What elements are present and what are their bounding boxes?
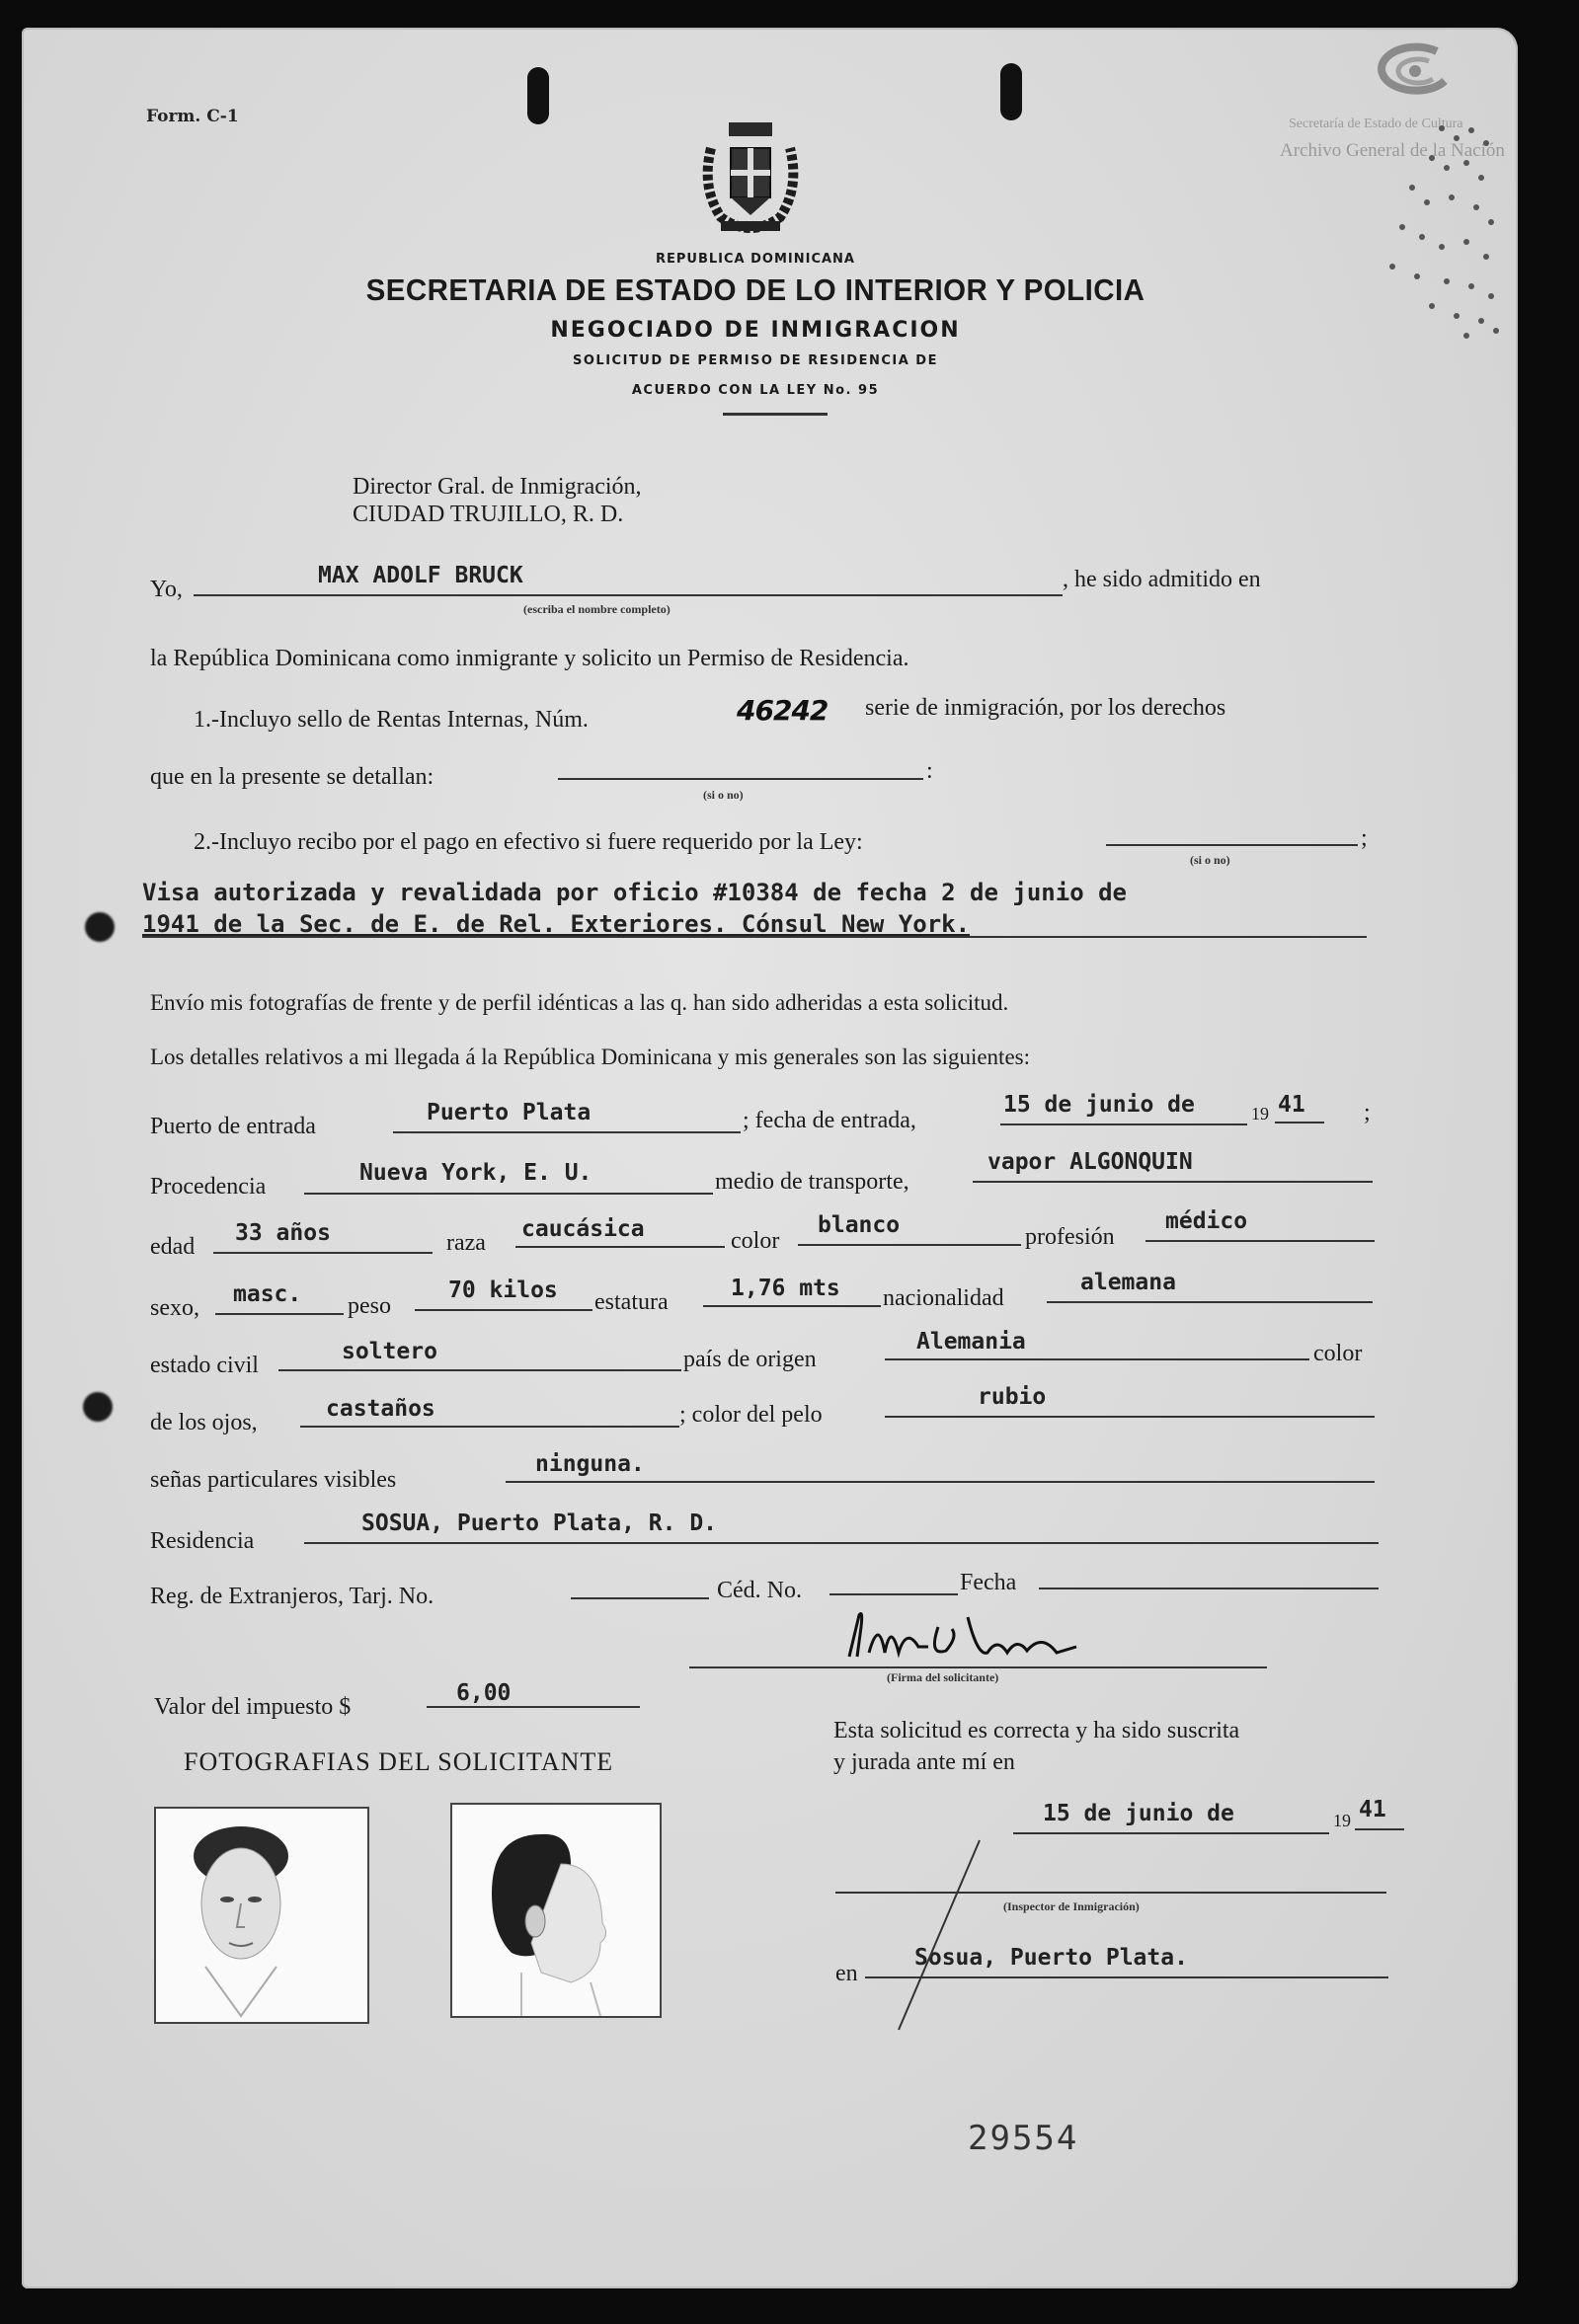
visa-note-line1: Visa autorizada y revalidada por oficio … xyxy=(142,879,1127,906)
color-pelo-field[interactable]: rubio xyxy=(978,1384,1046,1410)
header-bureau: NEGOCIADO DE INMIGRACION xyxy=(0,318,1511,343)
color-label: color xyxy=(731,1228,779,1255)
item2-blank-field[interactable] xyxy=(1106,844,1358,846)
header-country: REPUBLICA DOMINICANA xyxy=(0,252,1511,267)
fecha-entrada-year-field[interactable]: 41 xyxy=(1278,1092,1305,1118)
item1-blank-field[interactable] xyxy=(558,778,923,780)
item1-colon: : xyxy=(926,758,933,785)
oath-date-century: 19 xyxy=(1333,1811,1351,1831)
puerto-entrada-field[interactable]: Puerto Plata xyxy=(427,1100,591,1125)
color-ojos-field[interactable]: castaños xyxy=(326,1396,435,1422)
estado-civil-field[interactable]: soltero xyxy=(342,1339,437,1364)
senas-label: señas particulares visibles xyxy=(150,1467,396,1494)
tax-label: Valor del impuesto $ xyxy=(154,1694,351,1721)
nacionalidad-label: nacionalidad xyxy=(883,1285,1004,1312)
profile-photo xyxy=(450,1803,662,2018)
applicant-signature xyxy=(829,1607,1145,1666)
item1-suffix: serie de inmigración, por los derechos xyxy=(865,695,1225,722)
fecha-entrada-century: 19 xyxy=(1251,1104,1269,1124)
estatura-label: estatura xyxy=(594,1289,669,1316)
oath-line2: y jurada ante mí en xyxy=(833,1749,1015,1776)
intro-line2: la República Dominicana como inmigrante … xyxy=(150,646,908,672)
visa-note-line2: 1941 de la Sec. de E. de Rel. Exteriores… xyxy=(142,910,970,938)
estado-civil-label: estado civil xyxy=(150,1353,259,1379)
header-divider xyxy=(723,413,828,416)
oath-date-year-field[interactable]: 41 xyxy=(1359,1797,1386,1822)
after-name-text: , he sido admitido en xyxy=(1063,567,1261,593)
form-id: Form. C-1 xyxy=(146,107,239,126)
binder-hole xyxy=(527,67,549,124)
item2-end: ; xyxy=(1361,825,1368,852)
archive-logo-icon xyxy=(1368,41,1457,101)
profesion-label: profesión xyxy=(1025,1224,1115,1251)
photos-statement: Envío mis fotografías de frente y de per… xyxy=(150,990,1008,1016)
details-intro: Los detalles relativos a mi llegada á la… xyxy=(150,1045,1030,1070)
yo-label: Yo, xyxy=(150,577,183,603)
edad-field[interactable]: 33 años xyxy=(235,1220,331,1246)
fecha-field[interactable] xyxy=(1039,1588,1379,1589)
archive-number: 29554 xyxy=(968,2119,1078,2158)
color-ojos-label-1: color xyxy=(1313,1341,1362,1367)
header-subtitle-2: ACUERDO CON LA LEY No. 95 xyxy=(0,383,1511,398)
residencia-field[interactable]: SOSUA, Puerto Plata, R. D. xyxy=(361,1511,717,1536)
tax-value-field[interactable]: 6,00 xyxy=(456,1680,511,1706)
addressee-line1: Director Gral. de Inmigración, xyxy=(353,474,642,501)
estatura-field[interactable]: 1,76 mts xyxy=(731,1276,840,1301)
perforation-stamp xyxy=(1373,118,1511,346)
signature-caption: (Firma del solicitante) xyxy=(887,1670,998,1685)
fecha-entrada-field[interactable]: 15 de junio de xyxy=(1003,1092,1195,1118)
transporte-label: medio de transporte, xyxy=(715,1169,909,1196)
color-ojos-label-2: de los ojos, xyxy=(150,1410,258,1436)
procedencia-label: Procedencia xyxy=(150,1174,266,1201)
edad-label: edad xyxy=(150,1234,195,1261)
procedencia-field[interactable]: Nueva York, E. U. xyxy=(359,1160,592,1186)
item2-hint: (si o no) xyxy=(1190,853,1230,868)
fecha-entrada-label: ; fecha de entrada, xyxy=(743,1108,916,1134)
sexo-field[interactable]: masc. xyxy=(233,1281,301,1307)
oath-line1: Esta solicitud es correcta y ha sido sus… xyxy=(833,1718,1239,1744)
item1-line2: que en la presente se detallan: xyxy=(150,764,434,791)
inspector-caption: (Inspector de Inmigración) xyxy=(1003,1899,1140,1914)
pen-stroke xyxy=(869,1836,987,2034)
profesion-field[interactable]: médico xyxy=(1165,1208,1247,1234)
frontal-photo xyxy=(154,1807,369,2024)
raza-field[interactable]: caucásica xyxy=(521,1216,645,1242)
color-pelo-label: ; color del pelo xyxy=(679,1402,823,1429)
punch-hole xyxy=(85,912,115,942)
item1-prefix: 1.-Incluyo sello de Rentas Internas, Núm… xyxy=(194,707,589,734)
pais-origen-label: país de origen xyxy=(683,1347,817,1373)
stamp-number-field[interactable]: 46242 xyxy=(737,694,828,727)
peso-field[interactable]: 70 kilos xyxy=(448,1278,558,1303)
sexo-label: sexo, xyxy=(150,1295,199,1322)
item1-hint: (si o no) xyxy=(703,788,744,803)
applicant-name-field[interactable]: MAX ADOLF BRUCK xyxy=(318,563,523,588)
photos-heading: FOTOGRAFIAS DEL SOLICITANTE xyxy=(184,1747,613,1777)
raza-label: raza xyxy=(446,1230,486,1257)
header-ministry: SECRETARIA DE ESTADO DE LO INTERIOR Y PO… xyxy=(38,272,1473,308)
nacionalidad-field[interactable]: alemana xyxy=(1080,1270,1176,1295)
ced-field[interactable] xyxy=(829,1593,958,1595)
addressee-line2: CIUDAD TRUJILLO, R. D. xyxy=(353,502,623,528)
binder-hole xyxy=(1000,63,1022,120)
oath-date-field[interactable]: 15 de junio de xyxy=(1043,1801,1234,1826)
color-field[interactable]: blanco xyxy=(818,1212,900,1238)
reg-label: Reg. de Extranjeros, Tarj. No. xyxy=(150,1584,434,1610)
ced-label: Céd. No. xyxy=(717,1578,802,1604)
puerto-label: Puerto de entrada xyxy=(150,1114,316,1140)
pais-origen-field[interactable]: Alemania xyxy=(916,1329,1026,1355)
fecha-entrada-end: ; xyxy=(1364,1100,1371,1126)
peso-label: peso xyxy=(348,1293,391,1320)
transporte-field[interactable]: vapor ALGONQUIN xyxy=(987,1149,1193,1175)
item2-text: 2.-Incluyo recibo por el pago en efectiv… xyxy=(194,829,863,856)
reg-field[interactable] xyxy=(571,1597,709,1599)
coat-of-arms-icon xyxy=(691,118,810,239)
senas-field[interactable]: ninguna. xyxy=(535,1451,645,1477)
residencia-label: Residencia xyxy=(150,1528,254,1555)
header-subtitle-1: SOLICITUD DE PERMISO DE RESIDENCIA DE xyxy=(0,353,1511,368)
oath-en-label: en xyxy=(835,1961,858,1987)
name-hint: (escriba el nombre completo) xyxy=(523,602,671,617)
punch-hole xyxy=(83,1392,113,1422)
fecha-label: Fecha xyxy=(960,1570,1016,1596)
